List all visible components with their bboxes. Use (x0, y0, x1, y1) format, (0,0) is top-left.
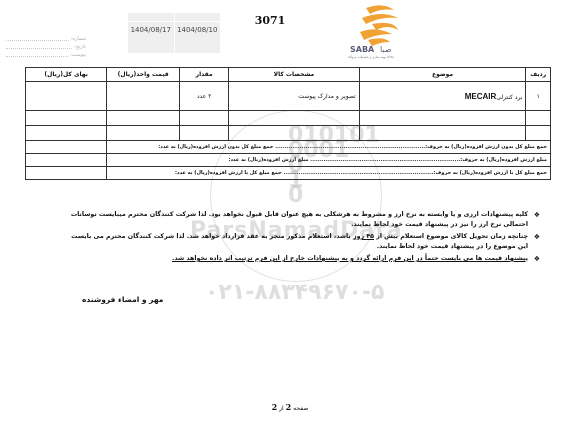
summary-row-without-vat: جمع مبلغ کل بدون ارزش افزوده(ریال) به حر… (26, 141, 551, 154)
summary-row-with-vat: جمع مبلغ کل با ارزش افزوده(ریال) به حروف… (26, 167, 551, 180)
note-delivery: ❖ چنانچه زمان تحویل کالای موضوع استعلام … (70, 232, 540, 252)
diamond-bullet-icon: ❖ (534, 210, 540, 220)
meta-number: شماره: (6, 34, 86, 42)
table-header-row: ردیف موضوع مشخصات کالا مقدار قیمت واحد(ر… (26, 68, 551, 82)
col-total-price: بهای کل(ریال) (26, 68, 107, 82)
company-logo: SABA صبا بهینه سازی و تحصیلات نیروگاه (C… (332, 2, 422, 60)
table-row: ۱ برد کنترلیMECAIR تصویر و مدارک پیوست ۲… (26, 82, 551, 111)
date-cell: 1404/08/17 (128, 13, 174, 53)
diamond-bullet-icon: ❖ (534, 232, 540, 242)
page-number: صفحه 2 از 2 (250, 402, 330, 412)
row-spec: تصویر و مدارک پیوست (229, 82, 359, 111)
summary-row-vat: مبلغ ارزش افزوده(ریال) به حروف:.........… (26, 154, 551, 167)
watermark-phone: ۰۲۱-۸۸۳۴۹۶۷۰-۵ (205, 280, 384, 305)
svg-text:صبا: صبا (380, 45, 392, 54)
col-index: ردیف (526, 68, 551, 82)
meta-date: تاریخ: (6, 42, 86, 50)
date-cell: 1404/08/10 (174, 13, 221, 53)
svg-text:SABA: SABA (350, 45, 375, 54)
terms-notes: ❖ کلیه پیشنهادات ارزی و یا وابسته به نرخ… (70, 210, 540, 266)
saba-logo-icon: SABA صبا بهینه سازی و تحصیلات نیروگاه (C… (332, 2, 422, 60)
col-unit-price: قیمت واحد(ریال) (107, 68, 180, 82)
meta-fields: شماره: تاریخ: پیوست: (6, 34, 86, 58)
note-form-requirement: ❖ پیشنهاد قیمت ها می بایست حتماً در این … (70, 254, 540, 264)
meta-attachment: پیوست: (6, 50, 86, 58)
table-row (26, 126, 551, 141)
row-unit-price (107, 82, 180, 111)
svg-text:بهینه سازی و تحصیلات نیروگاه (: بهینه سازی و تحصیلات نیروگاه (CIS) (348, 55, 394, 59)
table-row (26, 111, 551, 126)
dates-box: 1404/08/17 1404/08/10 (128, 13, 220, 53)
row-quantity: ۲ عدد (180, 82, 229, 111)
document-number: 3071 (250, 14, 290, 27)
col-spec: مشخصات کالا (229, 68, 359, 82)
row-index: ۱ (526, 82, 551, 111)
col-quantity: مقدار (180, 68, 229, 82)
note-currency: ❖ کلیه پیشنهادات ارزی و یا وابسته به نرخ… (70, 210, 540, 230)
seller-signature-label: مهر و امضاء فروشنده (82, 295, 163, 304)
date-issued: 1404/08/10 (175, 22, 221, 34)
row-total-price (26, 82, 107, 111)
date-deadline: 1404/08/17 (128, 22, 174, 34)
sum-value (26, 167, 107, 180)
sum-value (26, 141, 107, 154)
col-subject: موضوع (359, 68, 526, 82)
diamond-bullet-icon: ❖ (534, 254, 540, 264)
row-subject: برد کنترلیMECAIR (359, 82, 526, 111)
items-table: ردیف موضوع مشخصات کالا مقدار قیمت واحد(ر… (25, 67, 551, 180)
sum-value (26, 154, 107, 167)
